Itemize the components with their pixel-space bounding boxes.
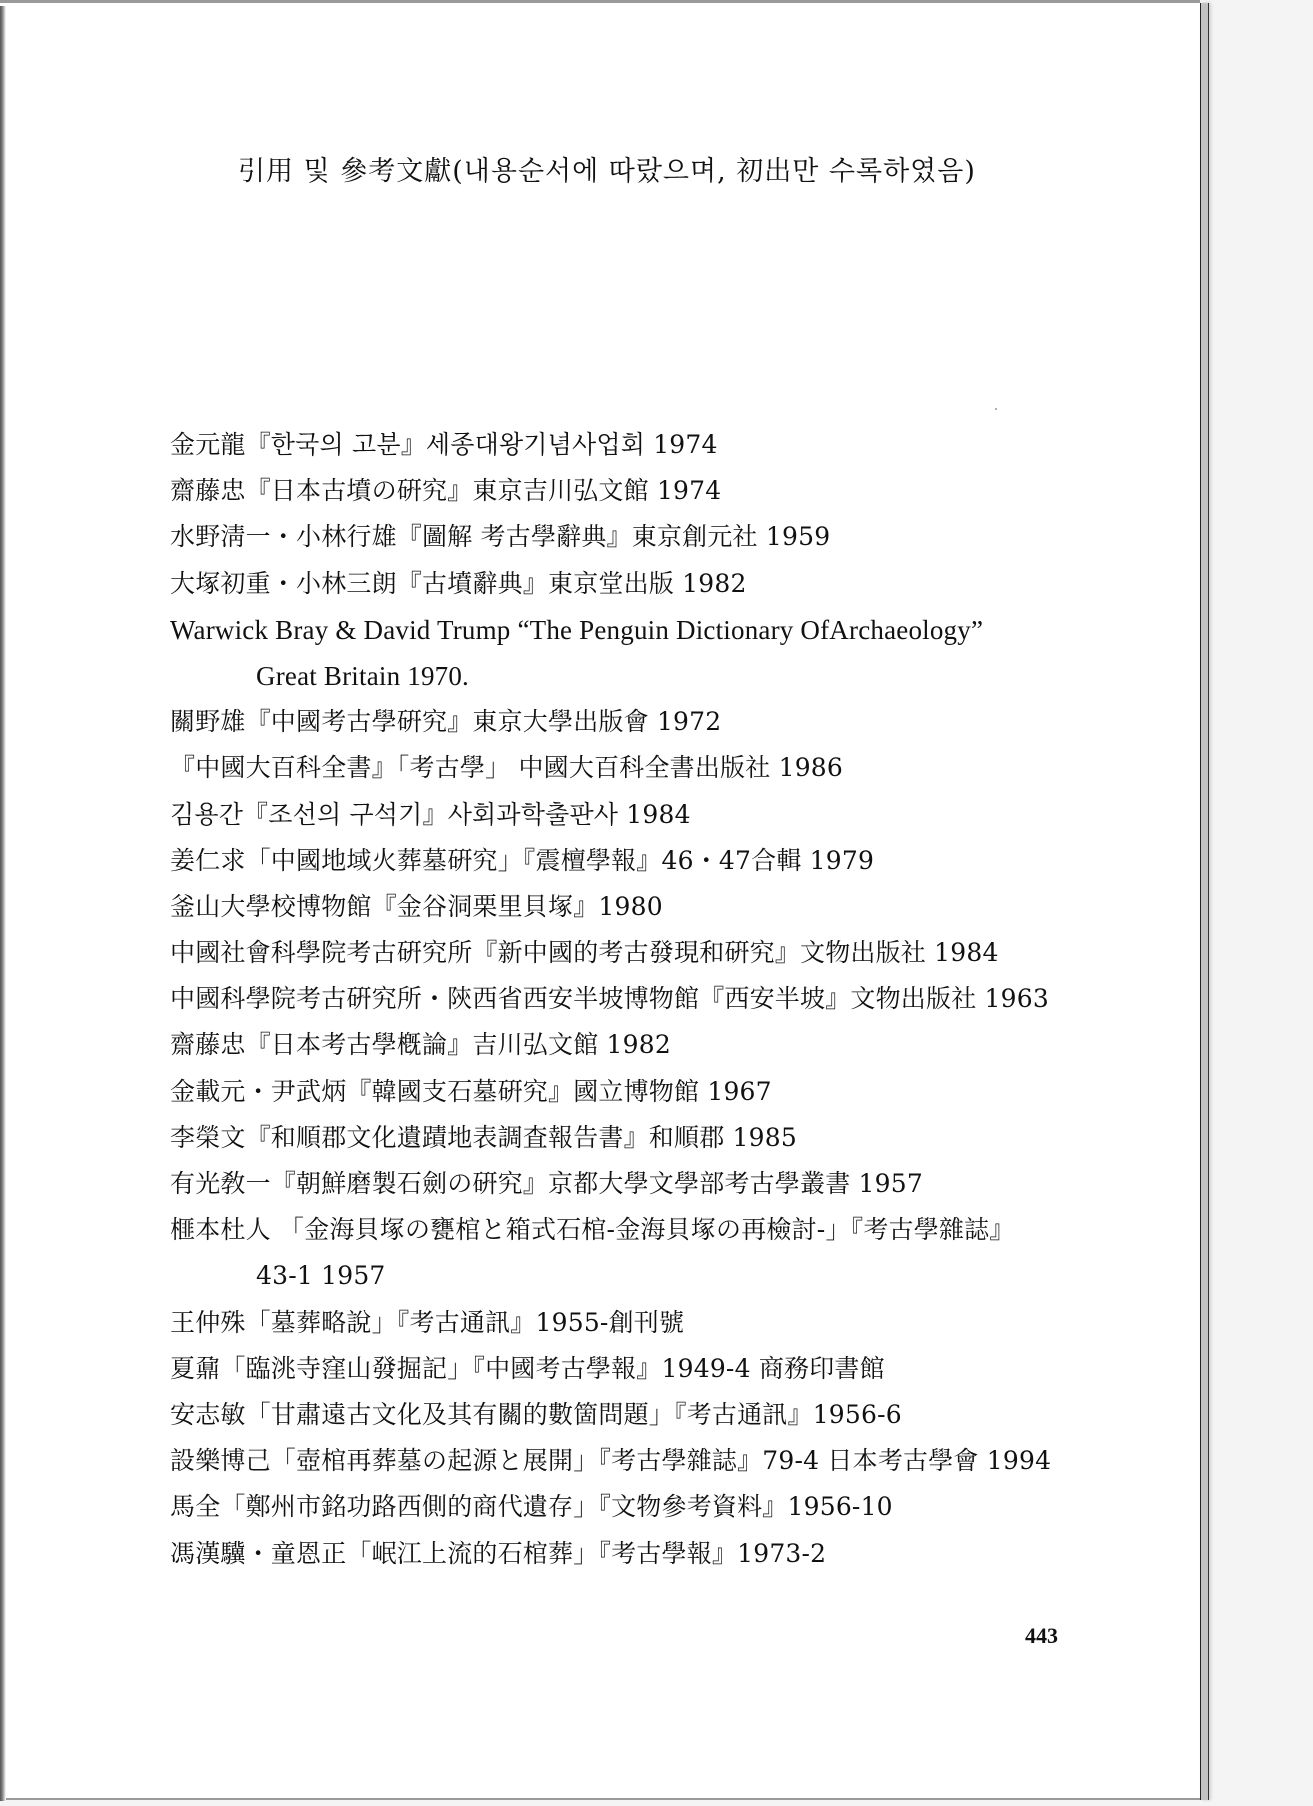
reference-item: 金元龍『한국의 고분』세종대왕기념사업회 1974 (170, 425, 1170, 471)
reference-item: 大塚初重・小林三朗『古墳辭典』東京堂出版 1982 (170, 564, 1170, 610)
reference-item: 釜山大學校博物館『金谷洞栗里貝塚』1980 (170, 887, 1170, 933)
reference-item-continuation: 43-1 1957 (170, 1256, 1170, 1302)
page-right-edge (1200, 3, 1209, 1800)
reference-item: 王仲殊「墓葬略說」『考古通訊』1955-創刊號 (170, 1303, 1170, 1349)
reference-item: 關野雄『中國考古學硏究』東京大學出版會 1972 (170, 702, 1170, 748)
reference-item: 齋藤忠『日本考古學槪論』吉川弘文館 1982 (170, 1025, 1170, 1071)
page-number: 443 (1025, 1623, 1058, 1649)
reference-item: 姜仁求「中國地域火葬墓硏究」『震檀學報』46・47合輯 1979 (170, 841, 1170, 887)
reference-item: 馬全「鄭州市銘功路西側的商代遺存」『文物參考資料』1956-10 (170, 1487, 1170, 1533)
reference-item: 齋藤忠『日本古墳の硏究』東京吉川弘文館 1974 (170, 471, 1170, 517)
reference-item: Warwick Bray & David Trump “The Penguin … (170, 610, 1170, 656)
reference-item-continuation: Great Britain 1970. (170, 656, 1170, 702)
reference-item: 設樂博己「壺棺再葬墓の起源と展開」『考古學雜誌』79-4 日本考古學會 1994 (170, 1441, 1170, 1487)
reference-item: 『中國大百科全書』「考古學」 中國大百科全書出版社 1986 (170, 748, 1170, 794)
reference-item: 金載元・尹武炳『韓國支石墓硏究』國立博物館 1967 (170, 1072, 1170, 1118)
reference-list: 金元龍『한국의 고분』세종대왕기념사업회 1974 齋藤忠『日本古墳の硏究』東京… (170, 425, 1170, 1580)
page-title: 引用 및 參考文獻(내용순서에 따랐으며, 初出만 수록하였음) (238, 149, 976, 188)
reference-item: 李榮文『和順郡文化遺蹟地表調査報告書』和順郡 1985 (170, 1118, 1170, 1164)
reference-item: 김용간『조선의 구석기』사회과학출판사 1984 (170, 795, 1170, 841)
scan-speck (995, 408, 997, 410)
document-page: 引用 및 參考文獻(내용순서에 따랐으며, 初出만 수록하였음) 金元龍『한국의… (0, 0, 1200, 1800)
reference-item: 榧本杜人 「金海貝塚の甕棺と箱式石棺-金海貝塚の再檢討-」『考古學雜誌』 (170, 1210, 1170, 1256)
reference-item: 有光敎一『朝鮮磨製石劍の硏究』京都大學文學部考古學叢書 1957 (170, 1164, 1170, 1210)
reference-item: 中國社會科學院考古硏究所『新中國的考古發現和硏究』文物出版社 1984 (170, 933, 1170, 979)
reference-item: 夏鼐「臨洮寺窪山發掘記」『中國考古學報』1949-4 商務印書館 (170, 1349, 1170, 1395)
reference-item: 水野淸一・小林行雄『圖解 考古學辭典』東京創元社 1959 (170, 517, 1170, 563)
reference-item: 中國科學院考古硏究所・陝西省西安半坡博物館『西安半坡』文物出版社 1963 (170, 979, 1170, 1025)
reference-item: 安志敏「甘肅遠古文化及其有關的數箇問題」『考古通訊』1956-6 (170, 1395, 1170, 1441)
page-left-edge (0, 6, 6, 1801)
reference-item: 馮漢驥・童恩正「岷江上流的石棺葬」『考古學報』1973-2 (170, 1534, 1170, 1580)
